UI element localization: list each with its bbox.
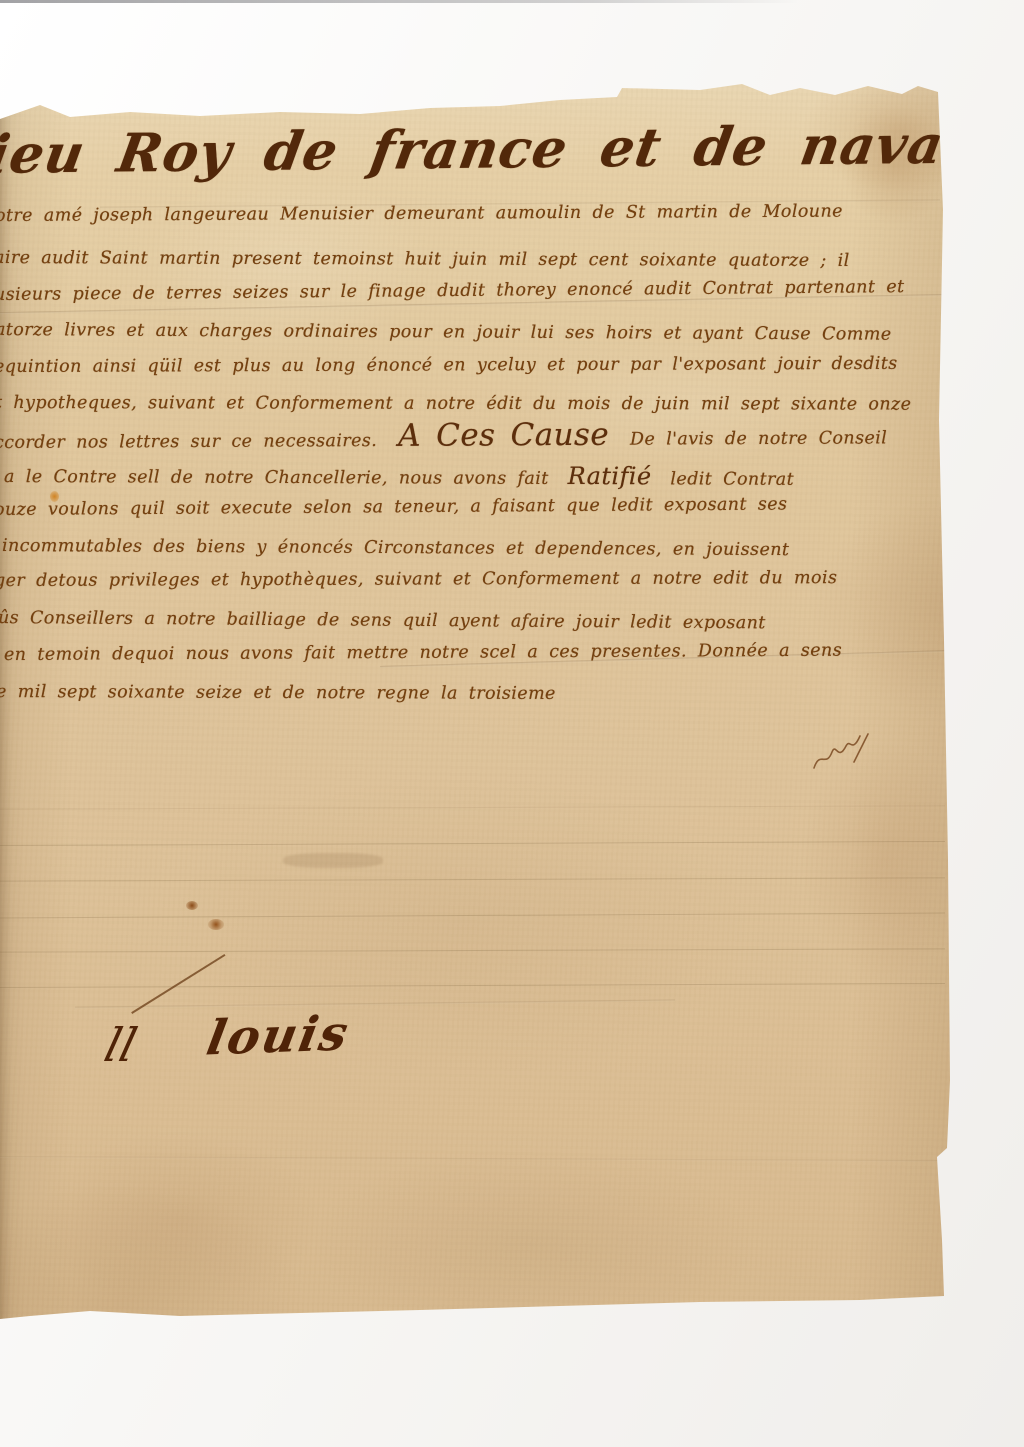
ghost-rule-line <box>0 948 945 952</box>
line8-emphasis: Ratifié <box>568 462 652 490</box>
signature-slash-stroke <box>131 954 225 1014</box>
line7-pre: ccorder nos lettres sur ce necessaires. <box>0 431 377 453</box>
royal-title-text: ieu Roy de france et de navarre <box>0 113 1024 186</box>
parchment-sheet: ieu Roy de france et de navarre otre amé… <box>0 0 1024 1447</box>
faint-smudge <box>283 853 383 868</box>
scanner-edge-line <box>0 0 1024 3</box>
line8-pre: a le Contre sell de notre Chancellerie, … <box>4 467 549 489</box>
manuscript-line-13: en temoin dequoi nous avons fait mettre … <box>4 641 842 665</box>
manuscript-line-6: t hypotheques, suivant et Conformement a… <box>0 393 911 415</box>
manuscript-line-3: usieurs piece de terres seizes sur le fi… <box>0 277 905 305</box>
manuscript-line-7: ccorder nos lettres sur ce necessaires. … <box>0 415 887 456</box>
foxing-patch <box>40 1130 320 1310</box>
ghost-rule-line <box>0 983 945 988</box>
manuscript-line-12: ûs Conseillers a notre bailliage de sens… <box>0 608 766 633</box>
scanned-manuscript-page: ieu Roy de france et de navarre otre amé… <box>0 0 1024 1447</box>
manuscript-line-9: ouze voulons quil soit execute selon sa … <box>0 494 787 520</box>
ghost-rule-line <box>0 877 945 881</box>
ghost-rule-line <box>0 913 945 919</box>
paraph-mark <box>808 728 878 780</box>
manuscript-line-8: a le Contre sell de notre Chancellerie, … <box>4 460 794 491</box>
manuscript-line-10: incommutables des biens y énoncés Circon… <box>2 536 789 560</box>
ink-spot-stain <box>208 919 224 930</box>
manuscript-line-4: atorze livres et aux charges ordinaires … <box>0 320 892 345</box>
manuscript-line-11: ger detous privileges et hypothèques, su… <box>0 568 837 591</box>
fold-crease <box>75 999 675 1008</box>
line7-post: De l'avis de notre Conseil <box>630 428 887 449</box>
manuscript-line-14: e mil sept soixante seize et de notre re… <box>0 682 556 704</box>
signature-name: louis <box>203 1006 354 1067</box>
line8-post: ledit Contrat <box>670 469 794 489</box>
ink-spot-stain <box>186 901 198 910</box>
line7-emphasis: A Ces Cause <box>398 417 609 454</box>
manuscript-line-2: aire audit Saint martin present temoinst… <box>0 248 850 271</box>
royal-title-line: ieu Roy de france et de navarre <box>0 112 1024 186</box>
ghost-rule-line <box>0 841 945 846</box>
fold-crease <box>0 1156 945 1162</box>
manuscript-line-5: equintion ainsi qüil est plus au long én… <box>0 354 898 377</box>
signature-prefix: ll <box>99 1018 142 1072</box>
ghost-rule-line <box>0 805 945 809</box>
manuscript-line-1: otre amé joseph langeureau Menuisier dem… <box>0 202 843 226</box>
